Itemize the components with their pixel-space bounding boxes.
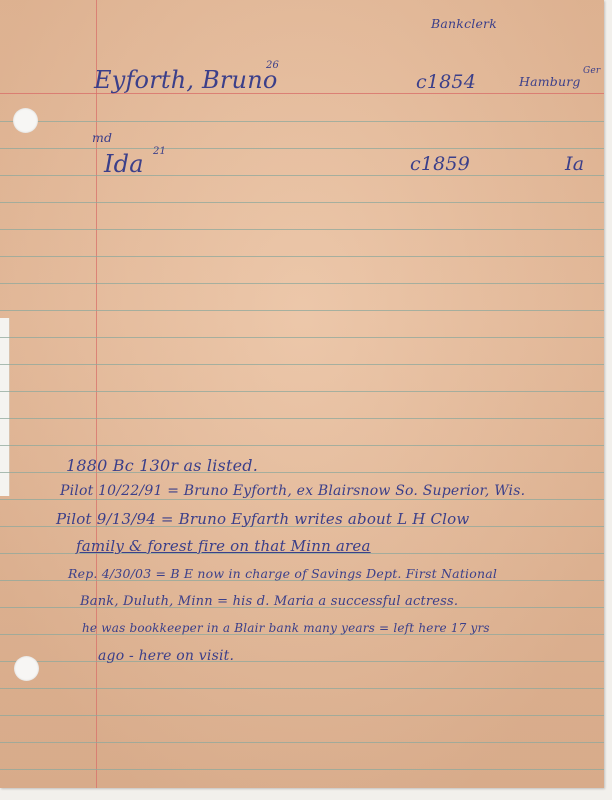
red-header-line (0, 93, 604, 94)
spouse-birthplace: Ia (565, 153, 584, 175)
ruled-line (0, 121, 604, 122)
ruled-line (0, 391, 604, 392)
note-line-6: Bank, Duluth, Minn = his d. Maria a succ… (80, 594, 458, 609)
ruled-line (0, 256, 604, 257)
red-margin-line (96, 0, 97, 788)
torn-edge (0, 318, 10, 496)
ruled-line (0, 148, 604, 149)
note-line-4: family & forest fire on that Minn area (76, 537, 371, 555)
note-line-2: Pilot 10/22/91 = Bruno Eyforth, ex Blair… (60, 483, 525, 499)
punch-hole-bottom (14, 656, 39, 681)
head-birthplace-note: Ger (583, 66, 600, 76)
ruled-line (0, 229, 604, 230)
occupation-note: Bankclerk (431, 16, 497, 31)
spouse-relation: md (92, 130, 112, 145)
notepaper-page: Bankclerk Eyforth, Bruno 26 c1854 Hambur… (0, 0, 604, 788)
note-line-7: he was bookkeeper in a Blair bank many y… (82, 621, 490, 635)
note-line-1: 1880 Bc 130r as listed. (66, 456, 258, 475)
ruled-line (0, 499, 604, 500)
spouse-name: Ida (104, 150, 144, 178)
head-birth-year: c1854 (416, 71, 476, 93)
note-line-5: Rep. 4/30/03 = B E now in charge of Savi… (68, 566, 497, 581)
ruled-line (0, 742, 604, 743)
ruled-line (0, 769, 604, 770)
head-birthplace: Hamburg (519, 74, 581, 89)
note-line-8: ago - here on visit. (98, 648, 234, 664)
ruled-line (0, 661, 604, 662)
ruled-line (0, 202, 604, 203)
spouse-age: 21 (153, 146, 166, 157)
note-line-3: Pilot 9/13/94 = Bruno Eyfarth writes abo… (56, 510, 469, 528)
ruled-line (0, 688, 604, 689)
ruled-line (0, 310, 604, 311)
ruled-line (0, 364, 604, 365)
head-name: Eyforth, Bruno (94, 66, 278, 94)
ruled-line (0, 418, 604, 419)
ruled-line (0, 283, 604, 284)
ruled-line (0, 715, 604, 716)
ruled-line (0, 337, 604, 338)
ruled-line (0, 445, 604, 446)
spouse-birth-year: c1859 (410, 153, 470, 175)
head-age: 26 (266, 60, 279, 71)
ruled-line (0, 175, 604, 176)
punch-hole-top (13, 108, 38, 133)
